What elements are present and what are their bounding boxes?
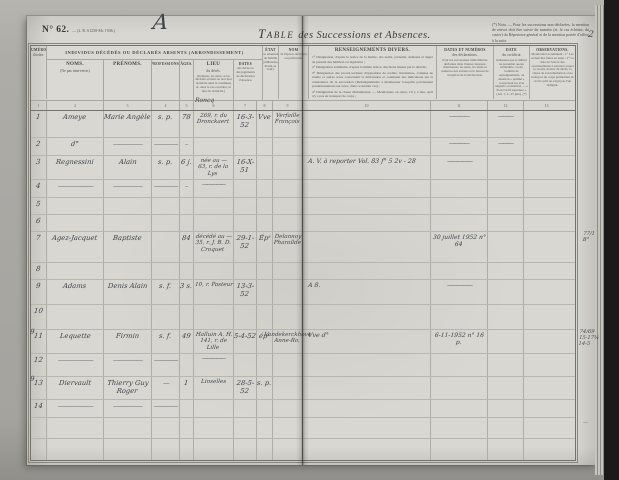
cell-ages: 6 j. xyxy=(180,156,194,179)
handwritten-entry: 13-3-52 xyxy=(233,282,257,298)
handwritten-entry: Linselles xyxy=(201,379,227,385)
cell-date xyxy=(234,138,257,155)
section-letter: A xyxy=(152,10,170,34)
cell-certificat: ——— xyxy=(488,138,524,155)
cell-prenoms: ————— xyxy=(104,180,152,197)
handwritten-entry: A. V. à reporter Vol. 83 f° 5 2v - 28 xyxy=(308,158,416,165)
renseignements-note-item: 2° Désignation sommaire, d'après la même… xyxy=(312,65,433,70)
cell-certificat xyxy=(488,305,524,329)
cell-date: 13-3-52 xyxy=(234,280,257,304)
cell-etat xyxy=(257,156,273,179)
cell-num: 4 xyxy=(31,180,47,197)
cell-declarations: ————— xyxy=(431,280,488,304)
column-number: 2 xyxy=(47,101,104,110)
cell-num: 10 xyxy=(31,305,47,329)
cell-nom xyxy=(47,263,104,279)
cell-ages xyxy=(180,263,194,279)
handwritten-entry: 12 xyxy=(34,356,44,364)
cell-declarations: ———— xyxy=(431,138,488,155)
handwritten-entry: —————— xyxy=(57,402,93,410)
cell-renseignements xyxy=(303,198,431,214)
cell-date: 29-1-52 xyxy=(234,232,257,262)
margin-annotation: 2 xyxy=(588,30,595,41)
cell-renseignements xyxy=(303,354,431,376)
margin-annotation: 9 xyxy=(30,375,35,383)
cell-professions: s. f. xyxy=(152,280,180,304)
col-header-prenoms: PRÉNOMS. xyxy=(104,60,152,100)
col-header-renseignements: RENSEIGNEMENTS DIVERS. 1° Désignation, d… xyxy=(309,46,437,99)
cell-num: 12 xyxy=(31,354,47,376)
cell-prenoms: Firmin xyxy=(104,330,152,353)
cell-renseignements xyxy=(303,263,431,279)
handwritten-entry: 3 s. xyxy=(180,282,193,290)
cell-observations xyxy=(524,280,569,304)
handwritten-entry: ————— xyxy=(202,356,226,362)
cell-professions xyxy=(152,418,180,438)
cell-date xyxy=(234,305,257,329)
cell-date xyxy=(234,354,257,376)
col-sub: d'ordre. xyxy=(32,53,46,58)
cell-date: 16-X-51 xyxy=(234,156,257,179)
handwritten-entry: 7 xyxy=(36,234,41,242)
col-note: Mentionner notamment : 1° Les recherches… xyxy=(530,53,575,87)
handwritten-entry: 13 xyxy=(34,379,44,387)
handwritten-entry: 2 xyxy=(36,140,41,148)
cell-renseignements xyxy=(303,418,431,438)
cell-professions: ———— xyxy=(152,138,180,155)
handwritten-entry: née au — 63, r. de la Lys xyxy=(197,158,229,177)
cell-etat xyxy=(257,138,273,155)
handwritten-entry: ————— xyxy=(113,356,143,364)
cell-professions xyxy=(152,198,180,214)
cell-etat xyxy=(257,263,273,279)
cell-professions xyxy=(152,305,180,329)
handwritten-entry: ———— xyxy=(153,182,177,190)
col-header-lieu: LIEU du décès. (Indiquer, en outre, si l… xyxy=(194,60,234,100)
page-edges xyxy=(595,5,604,475)
cell-certificat xyxy=(488,439,524,460)
cell-date: 28-5-52 xyxy=(234,377,257,399)
cell-etat xyxy=(257,215,273,231)
cell-ages xyxy=(180,439,194,460)
handwritten-entry: Firmin xyxy=(115,332,139,340)
col-group-individus: INDIVIDUS DÉCÉDÉS OU DÉCLARÉS ABSENTS (A… xyxy=(47,46,263,100)
handwritten-entry: Agez-Jacquet xyxy=(52,234,98,242)
column-number: 7 xyxy=(234,101,257,110)
cell-observations xyxy=(524,138,569,155)
cell-num: 5 xyxy=(31,198,47,214)
handwritten-entry: 269, r. du Dronckaert xyxy=(197,113,231,126)
cell-nom xyxy=(47,439,104,460)
cell-certificat: ——— xyxy=(488,111,524,137)
handwritten-entry: Adams xyxy=(63,282,87,290)
cell-renseignements xyxy=(303,180,431,197)
handwritten-entry: Alain xyxy=(118,158,137,166)
cell-num xyxy=(31,418,47,438)
cell-nom: d° xyxy=(47,138,104,155)
cell-renseignements: Vve d° xyxy=(303,330,431,353)
cell-professions: s. p. xyxy=(152,156,180,179)
handwritten-entry: 8 xyxy=(36,265,41,273)
cell-renseignements xyxy=(303,215,431,231)
cell-nom: —————— xyxy=(47,354,104,376)
col-title: DATE xyxy=(506,48,517,52)
scanned-register-page: N° 62. — (2. R. 61258-Mc 1946.) A Table … xyxy=(0,0,619,480)
handwritten-entry: ————— xyxy=(113,140,143,148)
cell-num: 3 xyxy=(31,156,47,179)
cell-declarations xyxy=(431,215,488,231)
cell-certificat xyxy=(488,354,524,376)
column-number: 1 xyxy=(31,101,47,110)
cell-renseignements xyxy=(303,305,431,329)
cell-etat xyxy=(257,418,273,438)
handwritten-entry: Denis Alain xyxy=(107,282,147,290)
handwritten-entry: 78 xyxy=(182,113,192,121)
cell-renseignements xyxy=(303,377,431,399)
cell-observations xyxy=(524,198,569,214)
col-note: indiquant que le défunt ne possédait auc… xyxy=(494,59,529,97)
col-header-professions: PROFESSIONS. xyxy=(152,60,180,100)
cell-date xyxy=(234,418,257,438)
cell-prenoms: Marie Angèle xyxy=(104,111,152,137)
handwritten-entry: ————— xyxy=(113,182,143,190)
cell-nom: Ameye xyxy=(47,111,104,137)
col-header-certificat: DATE du certificat indiquant que le défu… xyxy=(494,46,530,99)
handwritten-entry: — xyxy=(162,379,169,387)
renseignements-note-item: 4° Désignation de la classe d'inhumation… xyxy=(312,90,433,99)
cell-ages: – xyxy=(180,138,194,155)
cell-prenoms: Thierry Guy Roger xyxy=(104,377,152,399)
cell-professions xyxy=(152,439,180,460)
cell-lieu: décédé au — 35, r. J. B. D. Croquet xyxy=(194,232,234,262)
cell-etat xyxy=(257,180,273,197)
cell-date: 5-4-52 xyxy=(234,330,257,353)
col-sub: ou situation de famille (célibataire, ma… xyxy=(263,53,279,72)
cell-professions: s. f. xyxy=(152,330,180,353)
handwritten-entry: ———— xyxy=(449,140,470,147)
handwritten-entry: Thierry Guy Roger xyxy=(103,379,152,395)
cell-prenoms: Denis Alain xyxy=(104,280,152,304)
cell-observations xyxy=(524,330,569,353)
cell-certificat xyxy=(488,156,524,179)
cell-lieu xyxy=(194,439,234,460)
cell-prenoms xyxy=(104,263,152,279)
cell-lieu: ————— xyxy=(194,180,234,197)
cell-professions xyxy=(152,215,180,231)
cell-etat xyxy=(257,280,273,304)
handwritten-entry: 3 xyxy=(36,158,41,166)
cell-nom: —————— xyxy=(47,180,104,197)
cell-renseignements xyxy=(303,400,431,417)
cell-ages xyxy=(180,305,194,329)
cell-etat xyxy=(257,354,273,376)
cell-certificat xyxy=(488,215,524,231)
cell-declarations xyxy=(431,418,488,438)
cell-ages: 49 xyxy=(180,330,194,353)
cell-ages: 78 xyxy=(180,111,194,137)
renseignements-notes: 1° Désignation, d'après la notice de la … xyxy=(309,54,436,99)
handwritten-entry: 28-5-52 xyxy=(233,379,257,395)
cell-prenoms xyxy=(104,198,152,214)
cell-lieu xyxy=(194,138,234,155)
col-title: PROFESSIONS. xyxy=(152,62,180,66)
cell-nom xyxy=(47,418,104,438)
page-gutter-shadow xyxy=(296,16,309,465)
cell-observations xyxy=(524,156,569,179)
cell-lieu xyxy=(194,263,234,279)
column-number: 13 xyxy=(524,101,569,110)
margin-annotation: 9 xyxy=(30,328,35,336)
cell-professions: ———— xyxy=(152,180,180,197)
cell-observations xyxy=(524,111,569,137)
handwritten-entry: d° xyxy=(71,140,80,148)
col-title: DATES ET NUMÉROS xyxy=(444,48,485,52)
cell-prenoms: ————— xyxy=(104,400,152,417)
cell-prenoms: Alain xyxy=(104,156,152,179)
handwritten-entry: ————— xyxy=(446,158,472,165)
handwritten-entry: Baptiste xyxy=(113,234,142,242)
handwritten-entry: —————— xyxy=(57,356,93,364)
cell-professions: — xyxy=(152,377,180,399)
cell-date xyxy=(234,180,257,197)
cell-observations xyxy=(524,232,569,262)
handwritten-entry: 49 xyxy=(182,332,192,340)
cell-certificat xyxy=(488,418,524,438)
handwritten-entry: Regnessini xyxy=(56,158,94,166)
page-title: Table des Successions et Absences. xyxy=(258,25,431,43)
handwritten-entry: ———— xyxy=(153,356,177,364)
cell-certificat xyxy=(488,377,524,399)
cell-etat: Vve xyxy=(257,111,273,137)
handwritten-entry: 6 j. xyxy=(181,158,193,166)
col-title: LIEU xyxy=(207,62,220,68)
cell-lieu xyxy=(194,418,234,438)
handwritten-entry: ———— xyxy=(153,140,177,148)
cell-nom: Agez-Jacquet xyxy=(47,232,104,262)
cell-declarations xyxy=(431,305,488,329)
handwritten-entry: Lequette xyxy=(59,332,91,340)
cell-renseignements xyxy=(303,111,431,137)
nota-footnote: (*) Nota. — Pour les successions non déc… xyxy=(492,22,589,43)
cell-observations xyxy=(524,418,569,438)
column-number: 10 xyxy=(303,101,431,110)
handwritten-entry: – xyxy=(185,182,188,190)
cell-professions: ———— xyxy=(152,354,180,376)
handwritten-entry: 10 xyxy=(34,307,44,315)
handwritten-entry: 1 xyxy=(36,113,41,121)
cell-declarations xyxy=(431,377,488,399)
page-title-rest: des Successions et Absences. xyxy=(298,30,430,41)
cell-ages xyxy=(180,400,194,417)
cell-certificat xyxy=(488,400,524,417)
handwritten-entry: Marie Angèle xyxy=(104,113,151,121)
cell-lieu xyxy=(194,198,234,214)
cell-certificat xyxy=(488,330,524,353)
cell-etat xyxy=(257,400,273,417)
col-sub: (Ne pas intervertir.) xyxy=(59,69,91,74)
margin-annotation: 77/1 B° xyxy=(582,231,595,243)
cell-declarations xyxy=(431,400,488,417)
cell-prenoms: Baptiste xyxy=(104,232,152,262)
col-sub: des décès ou des jugements de déclaratio… xyxy=(234,67,257,82)
handwritten-entry: 9 xyxy=(36,282,41,290)
scan-background-edge xyxy=(604,0,619,480)
handwritten-entry: ————— xyxy=(113,402,143,410)
cell-renseignements: A 8. xyxy=(303,280,431,304)
cell-num: 6 xyxy=(31,215,47,231)
cell-lieu xyxy=(194,215,234,231)
cell-observations xyxy=(524,180,569,197)
handwritten-entry: 11 xyxy=(34,332,44,340)
handwritten-entry: 4 xyxy=(36,182,41,190)
column-number: 5 xyxy=(180,101,194,110)
handwritten-entry: ———— xyxy=(449,113,470,120)
cell-ages: 84 xyxy=(180,232,194,262)
group-title: INDIVIDUS DÉCÉDÉS OU DÉCLARÉS ABSENTS (A… xyxy=(47,46,262,60)
cell-ages xyxy=(180,418,194,438)
handwritten-entry: Ameye xyxy=(63,113,87,121)
cell-nom xyxy=(47,215,104,231)
cell-etat: s. p. xyxy=(257,377,273,399)
handwritten-entry: ————— xyxy=(446,282,472,289)
cell-date: 16-3-52 xyxy=(234,111,257,137)
renseignements-note-item: 3° Désignation des procès-verbaux d'appo… xyxy=(312,71,433,89)
col-header-etat: ÉTAT ou situation de famille (célibatair… xyxy=(263,46,279,99)
handwritten-entry: 5-4-52 xyxy=(234,332,257,340)
handwritten-entry: 6-11-1952 n° 16 p. xyxy=(430,332,488,346)
handwritten-entry: 16-3-52 xyxy=(233,113,257,129)
form-number: N° 62. — (2. R. 61258-Mc 1946.) xyxy=(42,25,115,35)
cell-lieu: née au — 63, r. de la Lys xyxy=(194,156,234,179)
page-title-main: Table xyxy=(258,26,294,41)
cell-declarations xyxy=(431,180,488,197)
cell-certificat xyxy=(488,263,524,279)
form-reference: — (2. R. 61258-Mc 1946.) xyxy=(72,28,115,33)
column-number: 4 xyxy=(152,101,180,110)
handwritten-entry: 6 xyxy=(36,217,41,225)
handwritten-entry: 1 xyxy=(184,379,189,387)
cell-declarations xyxy=(431,354,488,376)
cell-lieu xyxy=(194,305,234,329)
cell-num xyxy=(31,439,47,460)
cell-etat xyxy=(257,198,273,214)
cell-ages xyxy=(180,354,194,376)
cell-observations xyxy=(524,305,569,329)
handwritten-entry: s. f. xyxy=(159,332,172,340)
cell-etat xyxy=(257,305,273,329)
col-title: NOMS. xyxy=(66,62,84,68)
cell-declarations xyxy=(431,198,488,214)
col-note: Pour les successions immobilières déclar… xyxy=(437,59,493,78)
column-number: 12 xyxy=(488,101,524,110)
col-title: ÂGES. xyxy=(180,62,192,66)
handwritten-entry: Vve d° xyxy=(308,332,329,339)
handwritten-entry: décédé au — 35, r. J. B. D. Croquet xyxy=(194,234,232,253)
cell-observations xyxy=(524,354,569,376)
cell-prenoms xyxy=(104,439,152,460)
cell-prenoms: ————— xyxy=(104,354,152,376)
handwritten-entry: ———— xyxy=(153,402,177,410)
renseignements-note-item: 1° Désignation, d'après la notice de la … xyxy=(312,55,433,64)
column-number: 8 xyxy=(257,101,273,110)
cell-date xyxy=(234,215,257,231)
cell-nom xyxy=(47,198,104,214)
cell-declarations: ————— xyxy=(431,156,488,179)
cell-certificat xyxy=(488,198,524,214)
form-number-label: N° 62. xyxy=(42,25,69,35)
cell-lieu xyxy=(194,400,234,417)
handwritten-entry: s. p. xyxy=(158,113,173,121)
handwritten-entry: Vve xyxy=(258,113,272,121)
col-title: NUMÉROS xyxy=(31,48,47,52)
cell-renseignements xyxy=(303,138,431,155)
cell-observations xyxy=(524,263,569,279)
col-header-ages: ÂGES. xyxy=(180,60,194,100)
cell-professions: ———— xyxy=(152,400,180,417)
handwritten-entry: Halluin A. H. 141, r. de Lille xyxy=(193,332,234,351)
handwritten-entry: s. p. xyxy=(257,379,272,387)
cell-declarations: 6-11-1952 n° 16 p. xyxy=(431,330,488,353)
cell-observations xyxy=(524,400,569,417)
cell-nom: Lequette xyxy=(47,330,104,353)
handwritten-entry: 5 xyxy=(36,200,41,208)
col-header-declarations: DATES ET NUMÉROS des déclarations. Pour … xyxy=(437,46,494,99)
cell-date xyxy=(234,263,257,279)
cell-certificat xyxy=(488,232,524,262)
cell-lieu: Linselles xyxy=(194,377,234,399)
handwritten-entry: —————— xyxy=(57,182,93,190)
cell-declarations xyxy=(431,263,488,279)
cell-ages: – xyxy=(180,180,194,197)
cell-ages xyxy=(180,198,194,214)
cell-renseignements xyxy=(303,232,431,262)
handwritten-entry: 30 juillet 1952 n° 64 xyxy=(430,234,488,248)
handwritten-entry: A 8. xyxy=(308,282,321,289)
cell-observations xyxy=(524,439,569,460)
cell-nom: —————— xyxy=(47,400,104,417)
cell-etat: Épˢ xyxy=(257,232,273,262)
cell-ages: 3 s. xyxy=(180,280,194,304)
cell-declarations xyxy=(431,439,488,460)
cell-etat xyxy=(257,439,273,460)
cell-nom: Regnessini xyxy=(47,156,104,179)
cell-declarations: ———— xyxy=(431,111,488,137)
col-title: PRÉNOMS. xyxy=(113,62,142,68)
margin-annotation: Roncq xyxy=(195,97,215,104)
cell-renseignements xyxy=(303,439,431,460)
cell-prenoms xyxy=(104,418,152,438)
handwritten-entry: Diervault xyxy=(59,379,92,387)
cell-professions: s. p. xyxy=(152,111,180,137)
cell-num: 7 xyxy=(31,232,47,262)
margin-annotation: — xyxy=(583,420,589,426)
cell-num: 2 xyxy=(31,138,47,155)
cell-num: 9 xyxy=(31,280,47,304)
handwritten-entry: 14 xyxy=(34,402,44,410)
cell-certificat xyxy=(488,180,524,197)
cell-lieu: ————— xyxy=(194,354,234,376)
handwritten-entry: – xyxy=(185,140,188,148)
column-number: 3 xyxy=(104,101,152,110)
cell-lieu: 10, r. Pasteur xyxy=(194,280,234,304)
handwritten-entry: s. f. xyxy=(159,282,172,290)
cell-certificat xyxy=(488,280,524,304)
handwritten-entry: s. p. xyxy=(158,158,173,166)
cell-professions xyxy=(152,232,180,262)
cell-num: 14 xyxy=(31,400,47,417)
cell-lieu: Halluin A. H. 141, r. de Lille xyxy=(194,330,234,353)
col-header-noms: NOMS. (Ne pas intervertir.) xyxy=(47,60,104,100)
